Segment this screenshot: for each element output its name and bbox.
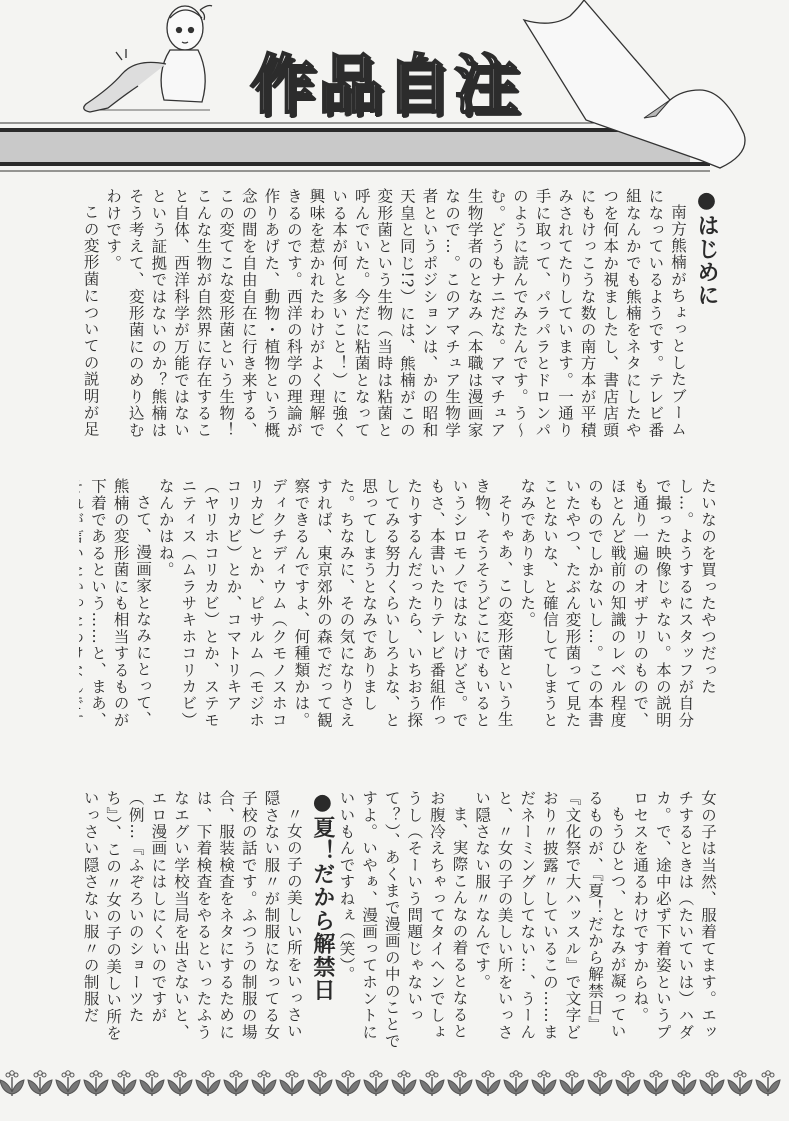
page-header: 作品自注 [0, 0, 789, 180]
paragraph: 女の子は当然、服着てます。エッチするときは（たいていは）ハダカ。で、途中必ず下着… [629, 790, 719, 1052]
paragraph: もうひとつ、となみが凝っているものが、『夏！だから解禁日』『文化祭で大ハッスル』… [470, 790, 628, 1052]
girl-sitting-illustration [70, 0, 230, 118]
article-block-bottom: 女の子は当然、服着てます。エッチするときは（たいていは）ハダカ。で、途中必ず下着… [79, 790, 719, 1052]
paragraph: さて、漫画家となみにとって、熊楠の変形菌にも相当するものが下着であるという……と… [79, 478, 154, 740]
section-heading-intro: ●はじめに [693, 188, 719, 452]
tulip-border-ornament [0, 1068, 789, 1098]
paragraph: そりゃあ、この変形菌という生き物、そうそうどこにでもいるというシロモノではないけ… [154, 478, 516, 740]
paragraph: 〃女の子の美しい所をいっさい隠さない服〃が制服になってる女子校の話です。ふつうの… [79, 790, 305, 1052]
paragraph: この変形菌についての説明が足りないんですよ！これらの本には。テレビでやってた南方… [79, 188, 102, 452]
curled-ribbon-decoration [520, 0, 750, 175]
article-block-middle: たいなのを買ったやつだったし…。ようするにスタッフが自分で撮った映像じゃない。本… [79, 478, 719, 740]
paragraph: 南方熊楠がちょっとしたブームになっているようです。テレビ番組なんかでも熊楠をネタ… [102, 188, 689, 452]
page-title: 作品自注 [250, 34, 522, 126]
paragraph: たいなのを買ったやつだったし…。ようするにスタッフが自分で撮った映像じゃない。本… [516, 478, 719, 740]
article-block-top: ●はじめに 南方熊楠がちょっとしたブームになっているようです。テレビ番組なんかで… [79, 188, 719, 452]
section-heading-natsu: ●夏！だから解禁日 [309, 790, 335, 1052]
paragraph: ま、実際こんなの着るとなるとお腹冷えちゃってタイヘンでしょうし（そーいう問題じゃ… [335, 790, 471, 1052]
